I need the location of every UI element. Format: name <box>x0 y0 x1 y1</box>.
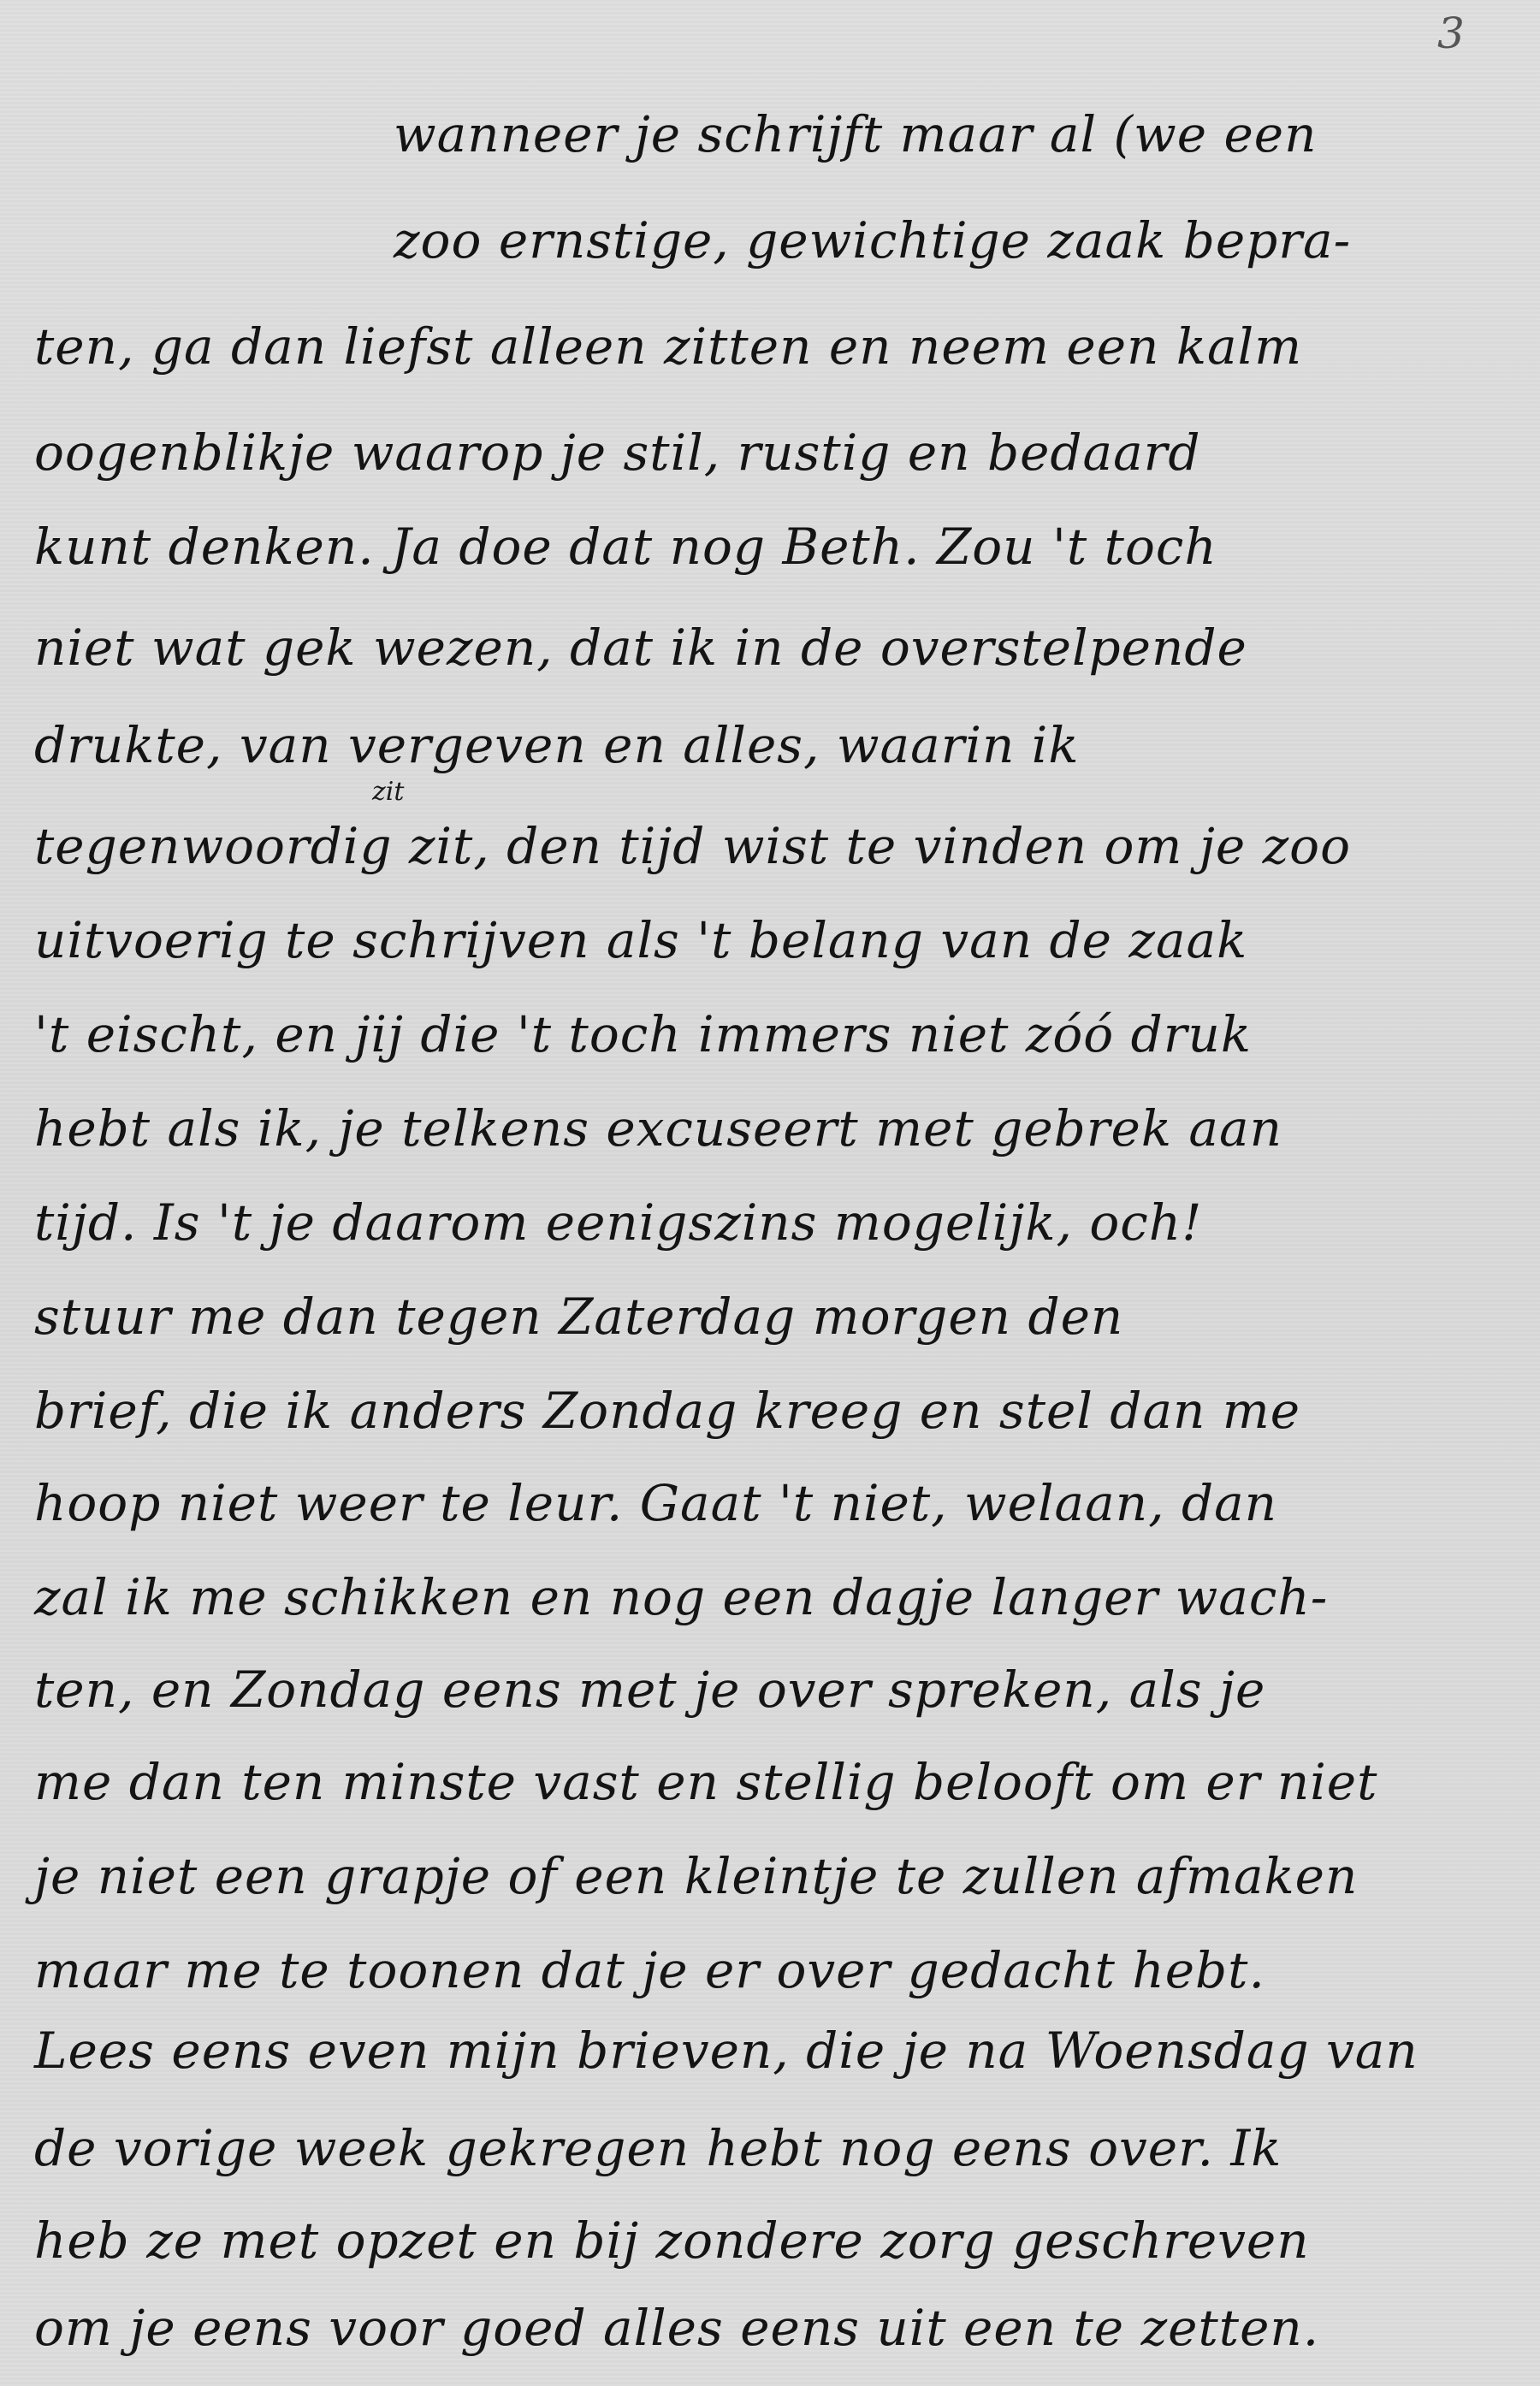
text-line: zoo ernstige, gewichtige zaak bepra- <box>394 216 1351 265</box>
text-line: je niet een grapje of een kleintje te zu… <box>34 1851 1358 1901</box>
text-line: stuur me dan tegen Zaterdag morgen den <box>34 1292 1123 1341</box>
text-line: wanneer je schrijft maar al (we een <box>394 110 1317 159</box>
text-line: tijd. Is 't je daarom eenigszins mogelij… <box>34 1198 1202 1247</box>
text-line: kunt denken. Ja doe dat nog Beth. Zou 't… <box>34 522 1217 571</box>
text-line: om je eens voor goed alles eens uit een … <box>34 2303 1319 2353</box>
text-line: heb ze met opzet en bij zondere zorg ges… <box>34 2216 1310 2265</box>
text-line: hebt als ik, je telkens excuseert met ge… <box>34 1104 1282 1153</box>
text-line: uitvoerig te schrijven als 't belang van… <box>34 915 1247 965</box>
text-line: brief, die ik anders Zondag kreeg en ste… <box>34 1386 1300 1436</box>
text-line: me dan ten minste vast en stellig beloof… <box>34 1757 1377 1807</box>
text-line: de vorige week gekregen hebt nog eens ov… <box>34 2123 1282 2173</box>
text-line: drukte, van vergeven en alles, waarin ik <box>34 720 1079 770</box>
text-line: zal ik me schikken en nog een dagje lang… <box>34 1572 1328 1622</box>
interlinear-insertion: zit <box>372 777 404 807</box>
text-line: niet wat gek wezen, dat ik in de overste… <box>34 623 1247 672</box>
text-line: tegenwoordig zit, den tijd wist te vinde… <box>34 821 1351 871</box>
bleed-through-texture <box>120 107 134 151</box>
text-line: ten, ga dan liefst alleen zitten en neem… <box>34 322 1302 371</box>
letter-page: 3 wanneer je schrijft maar al (we een zo… <box>0 0 1540 2386</box>
text-line: ten, en Zondag eens met je over spreken,… <box>34 1665 1265 1714</box>
text-line: oogenblikje waarop je stil, rustig en be… <box>34 428 1201 477</box>
page-number: 3 <box>1437 9 1465 58</box>
text-line: 't eischt, en jij die 't toch immers nie… <box>34 1009 1252 1059</box>
text-line: maar me te toonen dat je er over gedacht… <box>34 1945 1265 1995</box>
text-line: Lees eens even mijn brieven, die je na W… <box>34 2026 1419 2075</box>
text-line: hoop niet weer te leur. Gaat 't niet, we… <box>34 1478 1277 1528</box>
